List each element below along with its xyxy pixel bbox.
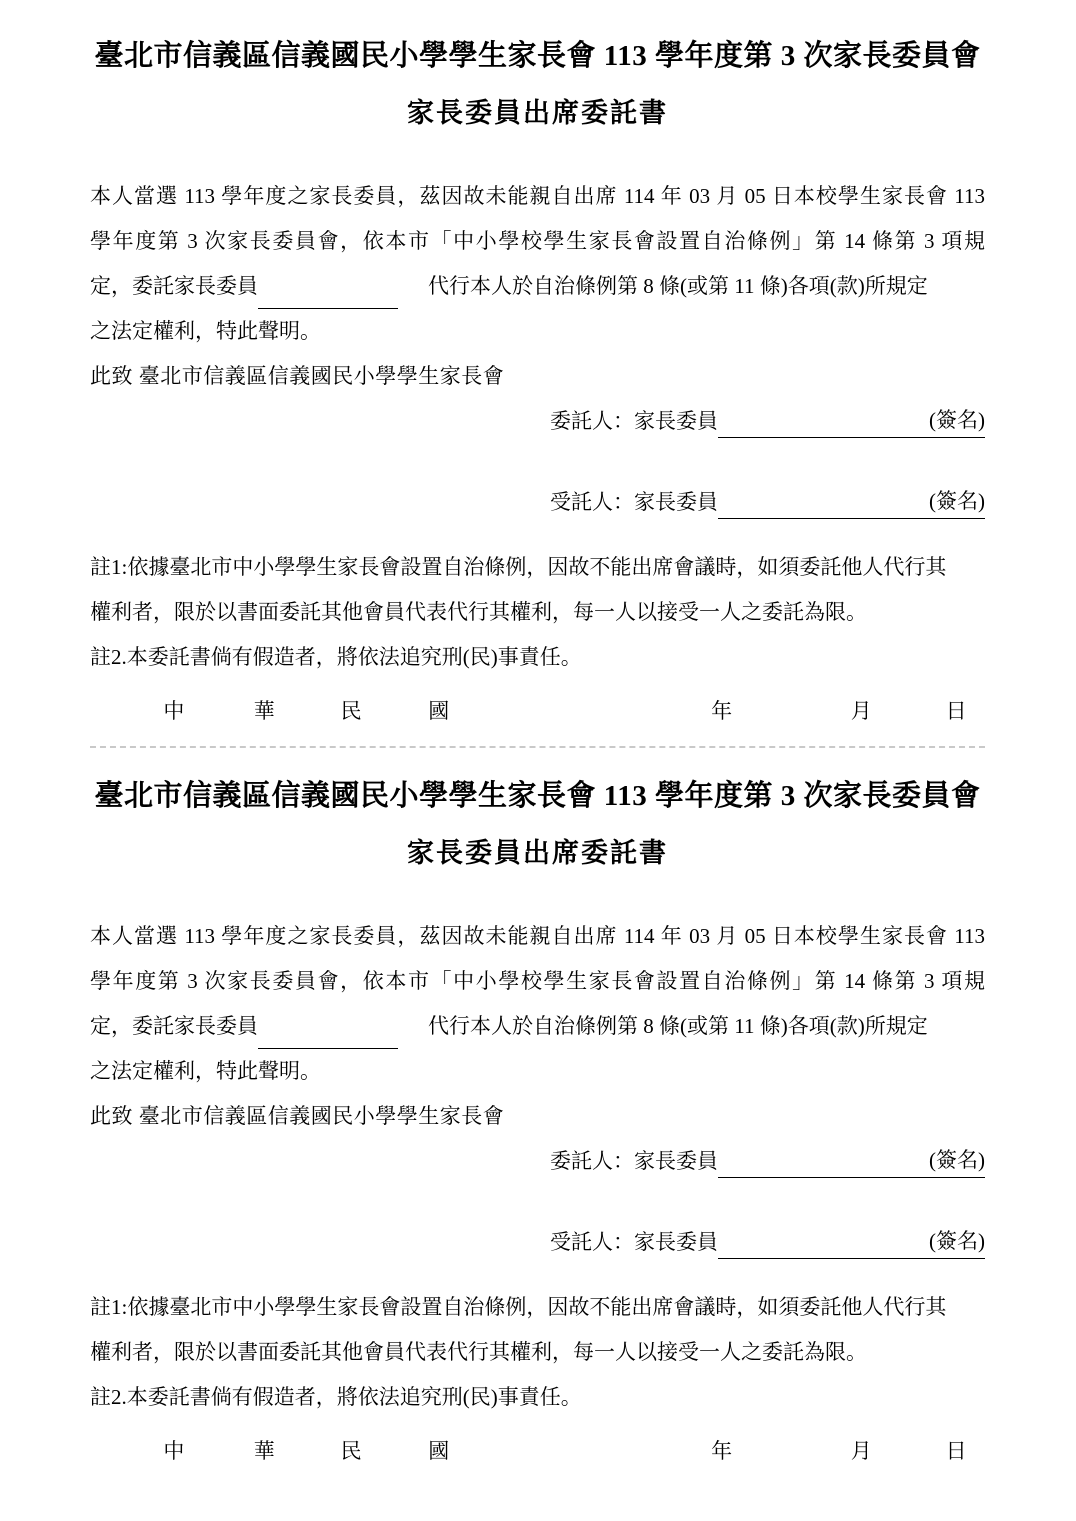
body-line-3-before: 定，委託家長委員 [90,264,258,309]
date-char-guo: 國 [428,1434,449,1468]
document-page: 臺北市信義區信義國民小學學生家長會 113 學年度第 3 次家長委員會 家長委員… [0,0,1076,1521]
agent-signature-row: 受託人：家長委員 (簽名) [550,484,985,519]
proxy-form-copy-2: 臺北市信義區信義國民小學學生家長會 113 學年度第 3 次家長委員會 家長委員… [90,778,985,1468]
date-char-year: 年 [711,694,732,728]
body-line-2: 學年度第 3 次家長委員會，依本市「中小學校學生家長會設置自治條例」第 14 條… [90,959,985,1004]
roc-date-line: 中 華 民 國 年 月 日 [90,694,985,728]
date-char-min: 民 [341,694,362,728]
date-char-hua: 華 [254,694,275,728]
attention-line: 此致 臺北市信義區信義國民小學學生家長會 [90,354,985,399]
body-line-1: 本人當選 113 學年度之家長委員，茲因故未能親自出席 114 年 03 月 0… [90,174,985,219]
agent-signature-blank[interactable] [718,1224,929,1259]
agent-label: 受託人：家長委員 [550,1225,718,1259]
note-1-line-1: 註1:依據臺北市中小學學生家長會設置自治條例，因故不能出席會議時，如須委託他人代… [90,1285,985,1330]
form-title: 臺北市信義區信義國民小學學生家長會 113 學年度第 3 次家長委員會 [90,38,985,74]
principal-sign-hint: (簽名) [929,403,985,438]
body-line-3: 定，委託家長委員 代行本人於自治條例第 8 條(或第 11 條)各項(款)所規定 [90,1004,985,1049]
proxy-committee-member-blank[interactable] [258,1012,398,1049]
body-line-3-before: 定，委託家長委員 [90,1004,258,1049]
body-line-1: 本人當選 113 學年度之家長委員，茲因故未能親自出席 114 年 03 月 0… [90,914,985,959]
body-line-4: 之法定權利，特此聲明。 [90,1049,985,1094]
date-char-zhong: 中 [163,1434,184,1468]
note-2: 註2.本委託書倘有假造者，將依法追究刑(民)事責任。 [90,635,985,680]
principal-sign-hint: (簽名) [929,1143,985,1178]
date-char-day: 日 [946,1434,967,1468]
note-2: 註2.本委託書倘有假造者，將依法追究刑(民)事責任。 [90,1375,985,1420]
agent-sign-hint: (簽名) [929,484,985,519]
note-1-line-2: 權利者，限於以書面委託其他會員代表代行其權利，每一人以接受一人之委託為限。 [90,590,985,635]
form-subtitle: 家長委員出席委託書 [90,836,985,870]
date-char-day: 日 [946,694,967,728]
proxy-committee-member-blank[interactable] [258,272,398,309]
principal-label: 委託人：家長委員 [550,1144,718,1178]
form-title: 臺北市信義區信義國民小學學生家長會 113 學年度第 3 次家長委員會 [90,778,985,814]
cut-line-divider [90,746,985,748]
principal-signature-row: 委託人：家長委員 (簽名) [550,1143,985,1178]
agent-sign-hint: (簽名) [929,1224,985,1259]
principal-signature-row: 委託人：家長委員 (簽名) [550,403,985,438]
agent-label: 受託人：家長委員 [550,485,718,519]
agent-signature-row: 受託人：家長委員 (簽名) [550,1224,985,1259]
note-1-line-1: 註1:依據臺北市中小學學生家長會設置自治條例，因故不能出席會議時，如須委託他人代… [90,545,985,590]
body-line-4: 之法定權利，特此聲明。 [90,309,985,354]
body-line-3-after: 代行本人於自治條例第 8 條(或第 11 條)各項(款)所規定 [428,264,928,309]
date-char-month: 月 [851,694,872,728]
principal-label: 委託人：家長委員 [550,404,718,438]
agent-signature-blank[interactable] [718,484,929,519]
note-1-line-2: 權利者，限於以書面委託其他會員代表代行其權利，每一人以接受一人之委託為限。 [90,1330,985,1375]
form-notes: 註1:依據臺北市中小學學生家長會設置自治條例，因故不能出席會議時，如須委託他人代… [90,545,985,680]
roc-date-line: 中 華 民 國 年 月 日 [90,1434,985,1468]
date-char-guo: 國 [428,694,449,728]
principal-signature-blank[interactable] [718,1143,929,1178]
body-line-3: 定，委託家長委員 代行本人於自治條例第 8 條(或第 11 條)各項(款)所規定 [90,264,985,309]
body-line-2: 學年度第 3 次家長委員會，依本市「中小學校學生家長會設置自治條例」第 14 條… [90,219,985,264]
proxy-form-copy-1: 臺北市信義區信義國民小學學生家長會 113 學年度第 3 次家長委員會 家長委員… [90,38,985,728]
date-char-zhong: 中 [163,694,184,728]
body-line-3-after: 代行本人於自治條例第 8 條(或第 11 條)各項(款)所規定 [428,1004,928,1049]
date-char-hua: 華 [254,1434,275,1468]
form-notes: 註1:依據臺北市中小學學生家長會設置自治條例，因故不能出席會議時，如須委託他人代… [90,1285,985,1420]
attention-line: 此致 臺北市信義區信義國民小學學生家長會 [90,1094,985,1139]
principal-signature-blank[interactable] [718,403,929,438]
date-char-month: 月 [851,1434,872,1468]
form-subtitle: 家長委員出席委託書 [90,96,985,130]
form-body: 本人當選 113 學年度之家長委員，茲因故未能親自出席 114 年 03 月 0… [90,174,985,399]
date-char-year: 年 [711,1434,732,1468]
form-body: 本人當選 113 學年度之家長委員，茲因故未能親自出席 114 年 03 月 0… [90,914,985,1139]
date-char-min: 民 [341,1434,362,1468]
